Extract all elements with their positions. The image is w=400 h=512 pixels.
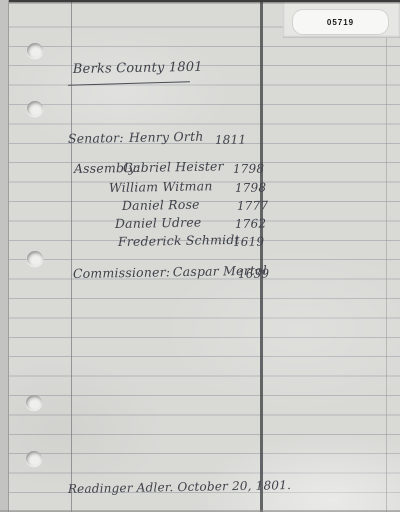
assembly-member-name: Daniel Rose <box>122 197 200 213</box>
title-underline <box>68 81 190 85</box>
commissioner-line: Commissioner: Caspar Mertol <box>73 264 171 281</box>
punch-hole <box>27 251 43 266</box>
assembly-member-year: 1798 <box>233 161 265 176</box>
right-edge-line <box>386 0 387 512</box>
assembly-member-name: Gabriel Heister <box>123 158 224 175</box>
catalog-sticker: 05719 <box>283 0 400 38</box>
notebook-paper: 05719 Berks County 1801 Senator: Henry O… <box>0 0 400 512</box>
punch-hole <box>27 101 43 116</box>
scanned-document: 05719 Berks County 1801 Senator: Henry O… <box>0 0 400 512</box>
assembly-member-year: 1798 <box>235 180 267 195</box>
assembly-member-name: Daniel Udree <box>115 214 202 231</box>
scan-top-edge <box>0 0 400 4</box>
catalog-number-plate: 05719 <box>292 9 389 35</box>
catalog-number: 05719 <box>327 18 354 27</box>
page-fold-line <box>260 0 263 512</box>
punch-hole <box>26 451 42 466</box>
margin-line <box>71 0 72 512</box>
commissioner-label: Commissioner: <box>73 264 171 281</box>
senator-year: 1811 <box>215 132 247 147</box>
punch-hole <box>26 395 42 410</box>
assembly-member-year: 1777 <box>237 198 269 213</box>
senator-name: Henry Orth <box>129 129 204 145</box>
assembly-member-name: Frederick Schmidt <box>118 232 240 249</box>
assembly-member-year: 1762 <box>235 216 267 231</box>
source-citation: Readinger Adler. October 20, 1801. <box>68 478 291 496</box>
page-title: Berks County 1801 <box>73 60 203 77</box>
senator-label: Senator: <box>68 130 124 146</box>
paper-left-edge <box>0 0 9 512</box>
assembly-line: Assembly: Gabriel Heister <box>74 160 140 176</box>
senator-line: Senator: Henry Orth <box>68 130 124 146</box>
commissioner-year: 1639 <box>238 266 270 281</box>
punch-hole <box>27 43 43 58</box>
assembly-member-year: 1619 <box>233 234 265 249</box>
assembly-member-name: William Witman <box>109 178 213 195</box>
